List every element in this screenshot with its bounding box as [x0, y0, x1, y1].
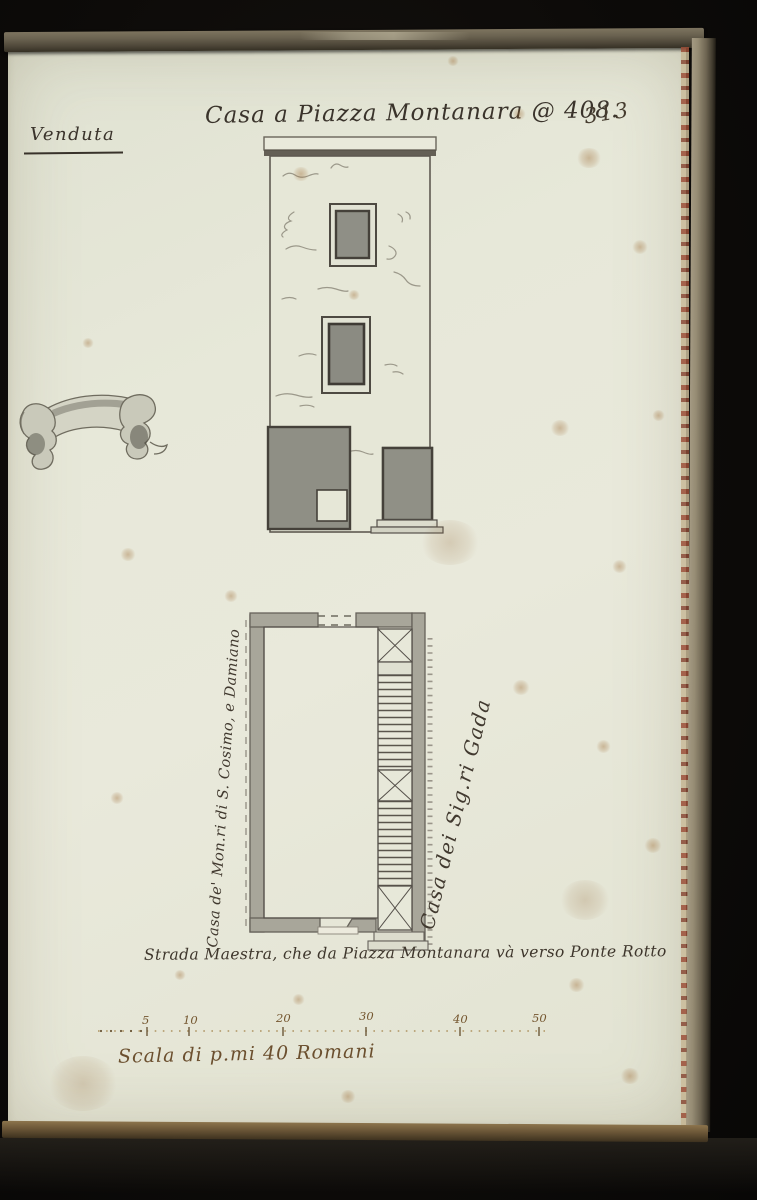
manuscript-page: [8, 47, 686, 1127]
scale-tick-label: 10: [183, 1013, 198, 1027]
scale-tick-label: 5: [142, 1013, 149, 1027]
street-caption: Strada Maestra, che da Piazza Montanara …: [144, 942, 667, 964]
floor-shadow: [0, 1138, 757, 1193]
manuscript-photo: Casa a Piazza Montanara @ 408. 313 Vendu…: [0, 0, 757, 1200]
status-label: Venduta: [30, 124, 115, 145]
scale-tick-label: 30: [359, 1009, 374, 1023]
scale-tick-label: 50: [532, 1011, 547, 1025]
scale-tick-label: 20: [276, 1011, 291, 1025]
page-stack-edge: [686, 38, 716, 1132]
scale-tick-label: 40: [453, 1012, 468, 1026]
book-top-scuff: [300, 32, 470, 40]
